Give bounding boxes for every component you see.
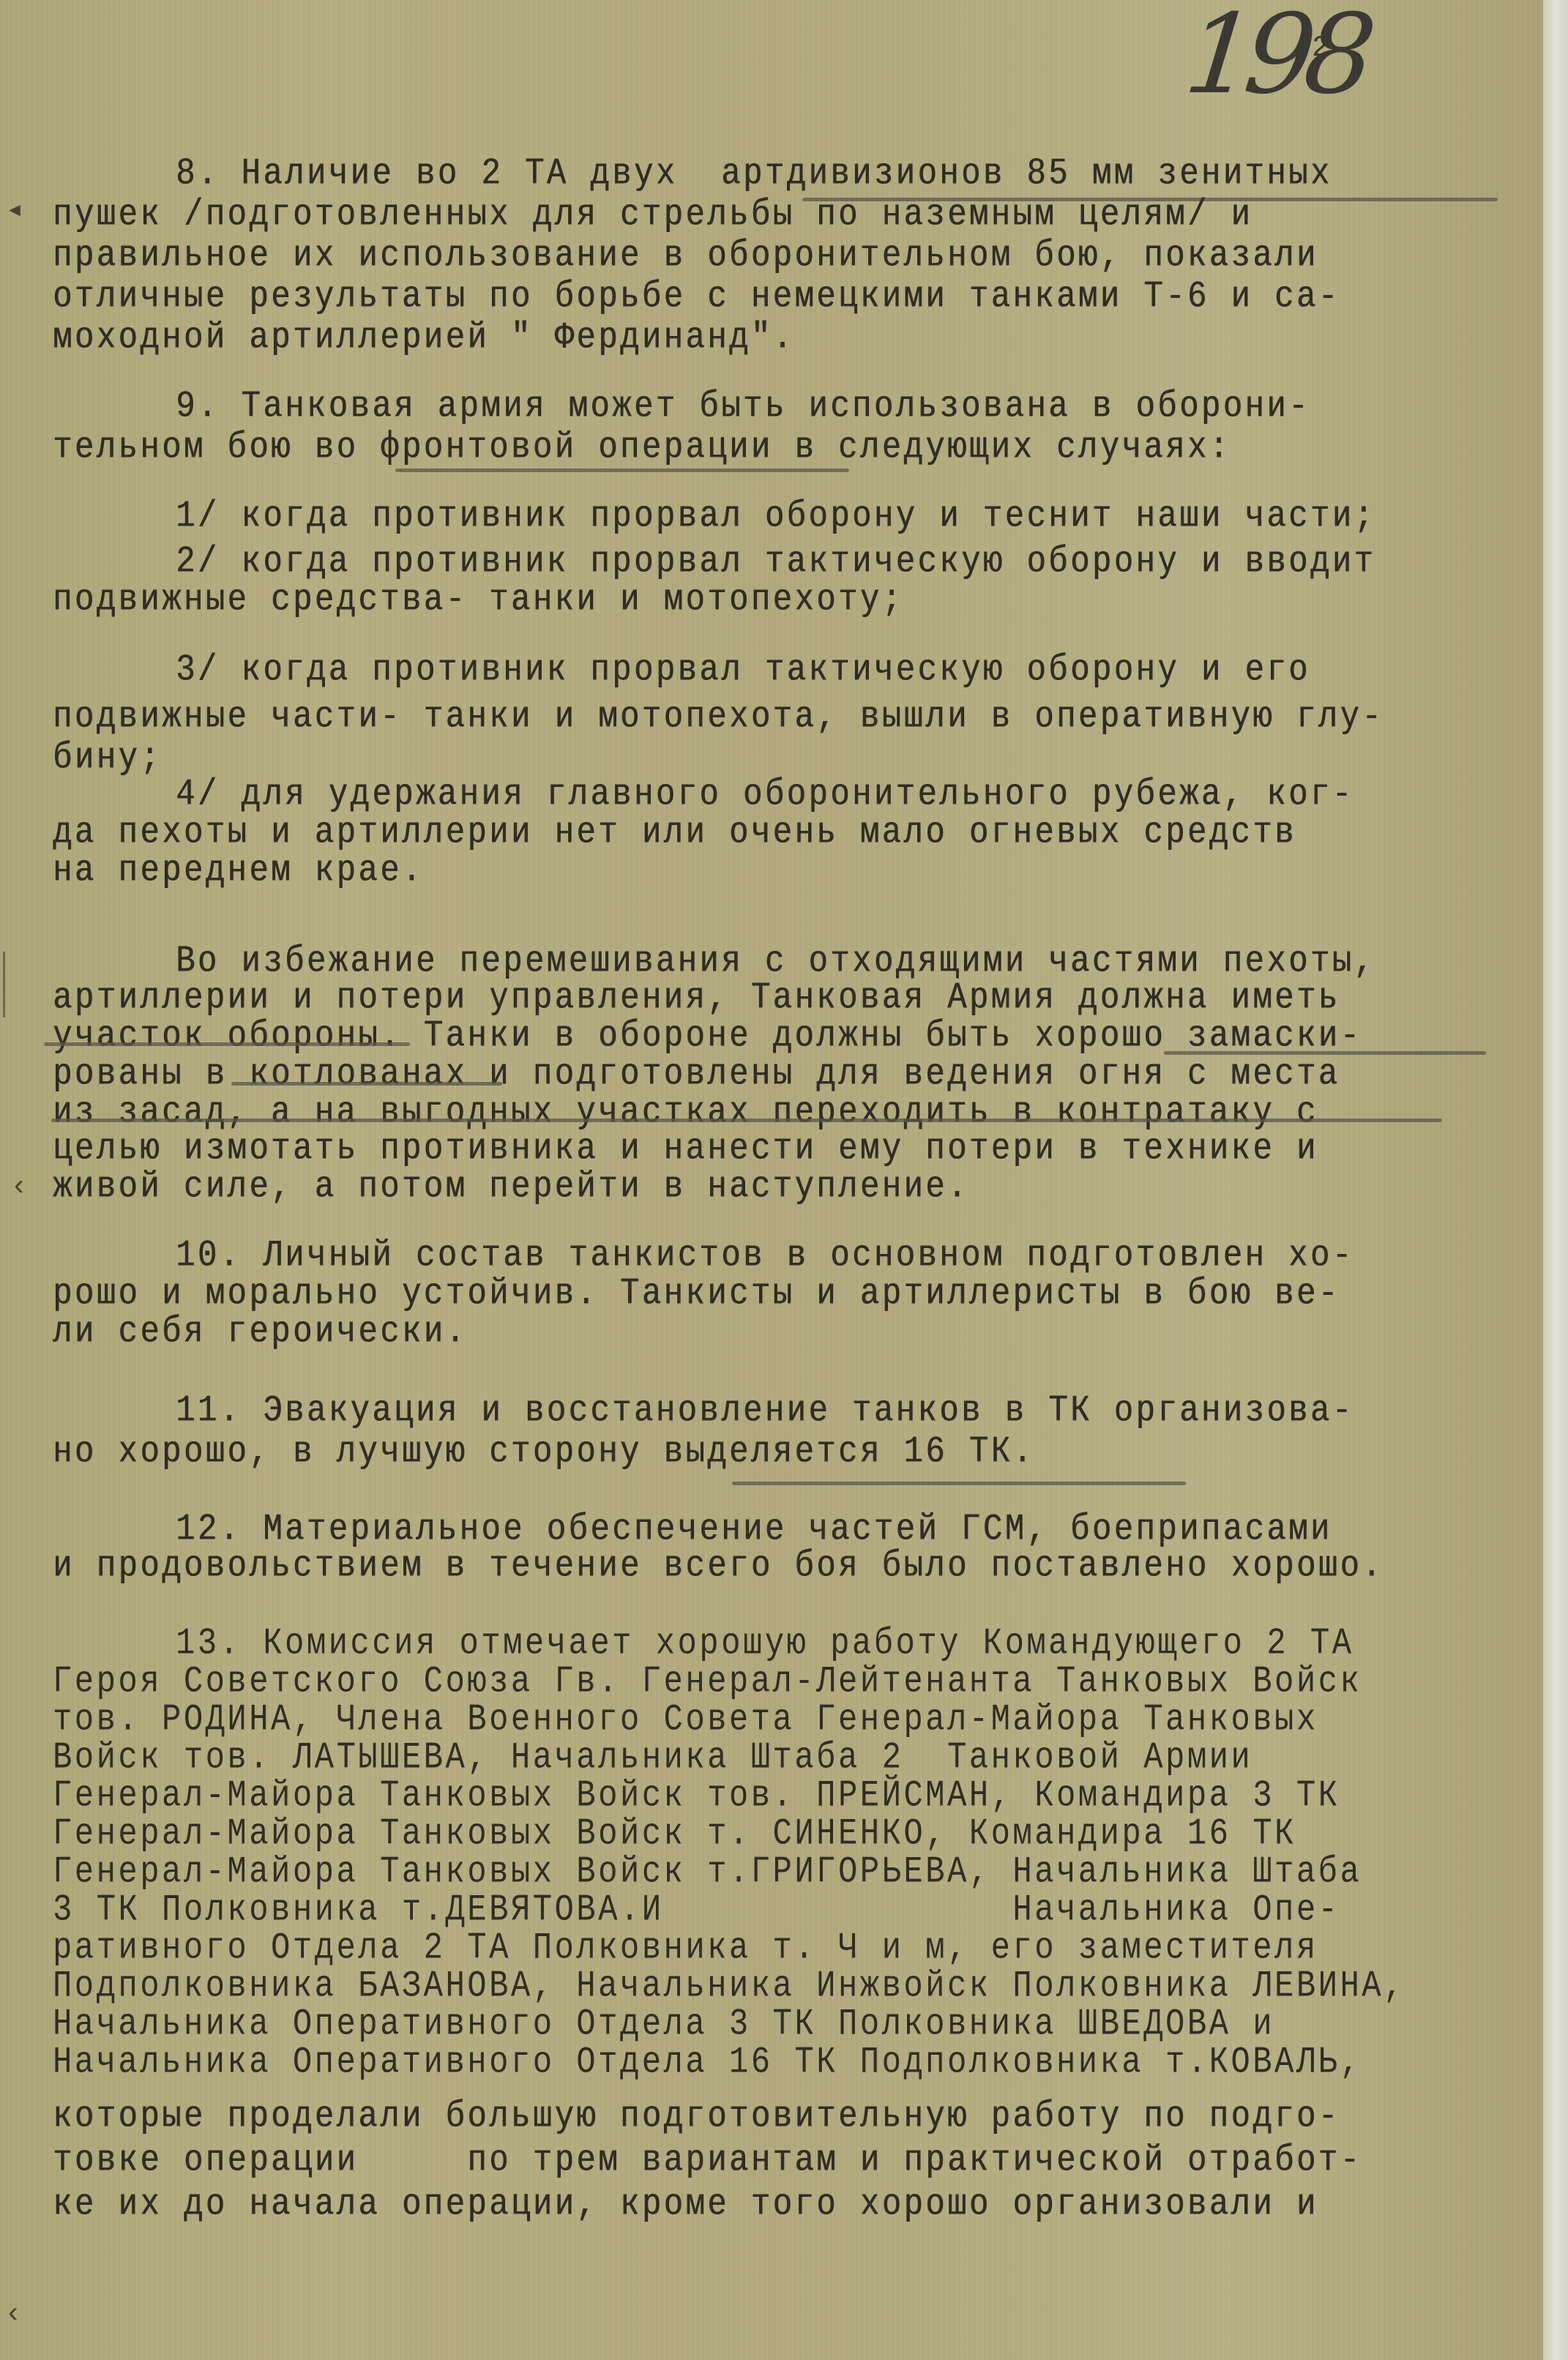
- pencil-underline: [732, 1482, 1186, 1485]
- paragraph-10-line-3: ли себя героически.: [53, 1309, 467, 1356]
- paragraph-9-item-3-line-2: подвижные части- танки и мотопехота, выш…: [53, 694, 1384, 741]
- paragraph-8-line-5: моходной артиллерией " Фердинанд".: [53, 315, 794, 362]
- paragraph-8-line-1: 8. Наличие во 2 ТА двух артдивизионов 85…: [176, 151, 1332, 198]
- paragraph-9-item-1: 1/ когда противник прорвал оборону и тес…: [176, 493, 1375, 540]
- margin-tick-mark: ◂: [6, 192, 23, 228]
- pencil-underline: [51, 1119, 1442, 1122]
- paragraph-8-line-2: пушек /подготовленных для стрельбы по на…: [53, 192, 1252, 239]
- paragraph-8-line-3: правильное их использование в оборонител…: [53, 233, 1318, 280]
- paragraph-13-line-15: ке их до начала операции, кроме того хор…: [53, 2181, 1318, 2228]
- paragraph-9-item-3-line-3: бину;: [53, 735, 162, 782]
- pencil-underline: [231, 1082, 502, 1086]
- paragraph-9-line-1: 9. Танковая армия может быть использован…: [176, 384, 1310, 430]
- paragraph-13-line-14: товке операции по трем вариантам и практ…: [53, 2137, 1362, 2184]
- paragraph-9-item-2-line-2: подвижные средства- танки и мотопехоту;: [53, 577, 903, 624]
- margin-tick-mark: ‹: [10, 1171, 28, 1204]
- pencil-underline: [44, 1042, 410, 1046]
- paragraph-9-item-3-line-1: 3/ когда противник прорвал тактическую о…: [176, 647, 1310, 694]
- page-edge: [1543, 0, 1568, 2360]
- paragraph-11-line-1: 11. Эвакуация и восстановление танков в …: [176, 1388, 1354, 1435]
- paragraph-8-line-4: отличные результаты по борьбе с немецким…: [53, 274, 1340, 321]
- page-number: -2-: [1294, 32, 1347, 65]
- paragraph-13-line-12: Начальника Оперативного Отдела 16 ТК Под…: [53, 2039, 1362, 2086]
- paragraph-13-line-13: которые проделали большую подготовительн…: [53, 2094, 1340, 2140]
- defense-note-line-7: живой силе, а потом перейти в наступлени…: [53, 1164, 969, 1211]
- margin-bar-mark: [3, 952, 5, 1017]
- pencil-underline: [395, 468, 849, 472]
- document-page: 198 -2- 8. Наличие во 2 ТА двух артдивиз…: [0, 0, 1543, 2360]
- paragraph-9-line-2: тельном бою во фронтовой операции в след…: [53, 425, 1231, 471]
- margin-tick-mark: ‹: [4, 2299, 22, 2331]
- paragraph-12-line-2: и продовольствием в течение всего боя бы…: [53, 1543, 1384, 1590]
- paragraph-9-item-4-line-3: на переднем крае.: [53, 848, 424, 895]
- paragraph-11-line-2: но хорошо, в лучшую сторону выделяется 1…: [53, 1429, 1034, 1476]
